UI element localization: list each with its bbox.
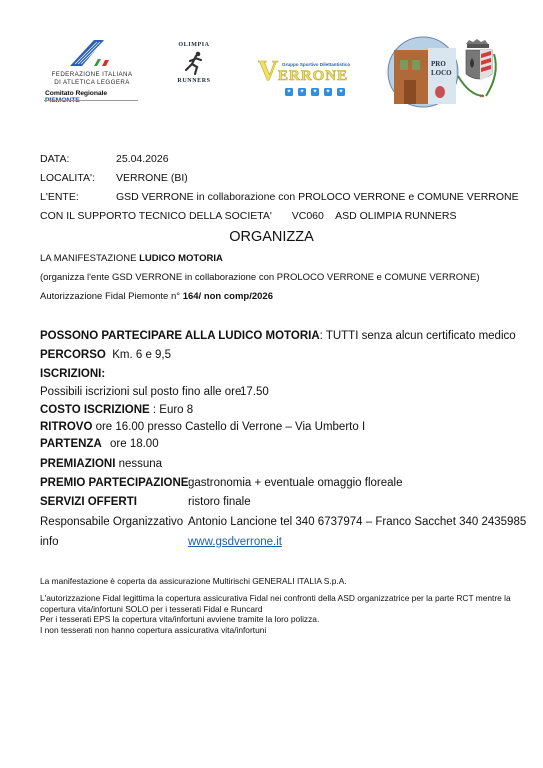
footer-line-1: L'autorizzazione Fidal legittima la cope… [40, 593, 511, 604]
participants-value: : TUTTI senza alcun certificato medico [320, 330, 516, 342]
cost-label: COSTO ISCRIZIONE [40, 404, 150, 416]
meeting-line: RITROVO ore 16.00 presso Castello di Ver… [40, 421, 365, 433]
fidal-comitato: Comitato Regionale PIEMONTE [45, 90, 142, 104]
organizza-note: (organizza l'ente GSD VERRONE in collabo… [40, 272, 479, 283]
authorization-prefix: Autorizzazione Fidal Piemonte n° [40, 291, 183, 302]
manifestazione-type: LUDICO MOTORIA [139, 253, 223, 264]
footer-line-2: copertura vita/infortuni SOLO per i tess… [40, 604, 263, 615]
registration-heading: ISCRIZIONI: [40, 368, 105, 380]
fidal-divider [44, 100, 138, 101]
authorization-line: Autorizzazione Fidal Piemonte n° 164/ no… [40, 291, 273, 302]
cost-line: COSTO ISCRIZIONE : Euro 8 [40, 404, 193, 416]
gsd-verrone-logo: V Gruppo Sportivo Dilettantistico ERRONE… [256, 60, 356, 98]
route-label: PERCORSO [40, 349, 106, 361]
entity-label: L'ENTE: [40, 191, 79, 203]
registration-text: Possibili iscrizioni sul posto fino alle… [40, 386, 241, 398]
svg-text:✕: ✕ [479, 94, 484, 100]
jumper-icon: ✦ [311, 88, 319, 96]
route-value: Km. 6 e 9,5 [112, 349, 171, 361]
support-line: CON IL SUPPORTO TECNICO DELLA SOCIETA' V… [40, 210, 457, 222]
proloco-verrone-logo: PRO LOCO ✕ [386, 36, 526, 108]
route-line: PERCORSO Km. 6 e 9,5 [40, 349, 171, 361]
fidal-logo: FEDERAZIONE ITALIANA DI ATLETICA LEGGERA… [42, 38, 142, 102]
location-label: LOCALITA': [40, 172, 95, 184]
awards-line: PREMIAZIONI nessuna [40, 458, 162, 470]
verrone-v-letter: V [258, 56, 278, 88]
runner-icon [164, 50, 224, 76]
olimpia-top-text: OLIMPIA [164, 42, 224, 48]
manifestazione-prefix: LA MANIFESTAZIONE [40, 253, 139, 264]
awards-value: nessuna [115, 458, 162, 470]
prize-label: PREMIO PARTECIPAZIONE [40, 477, 188, 489]
organizer-value: Antonio Lancione tel 340 6737974 – Franc… [188, 516, 526, 528]
proloco-emblem-icon: PRO LOCO ✕ [386, 36, 526, 108]
svg-text:PRO: PRO [431, 60, 446, 68]
runner-icon: ✦ [285, 88, 293, 96]
support-code: VC060 [292, 210, 324, 222]
awards-label: PREMIAZIONI [40, 458, 115, 470]
cost-value: : Euro 8 [150, 404, 193, 416]
prize-value: gastronomia + eventuale omaggio floreale [188, 477, 403, 489]
start-label-text: PARTENZA [40, 438, 102, 450]
javelin-icon: ✦ [298, 88, 306, 96]
organizer-label: Responsabile Organizzativo [40, 516, 183, 528]
meeting-value: ore 16.00 presso Castello di Verrone – V… [92, 421, 365, 433]
date-value: 25.04.2026 [116, 153, 169, 165]
manifestazione-line: LA MANIFESTAZIONE LUDICO MOTORIA [40, 253, 223, 264]
services-value: ristoro finale [188, 496, 251, 508]
verrone-subtitle: Gruppo Sportivo Dilettantistico [282, 62, 350, 67]
olimpia-runners-logo: OLIMPIA RUNNERS [164, 42, 224, 86]
authorization-number: 164/ non comp/2026 [183, 291, 273, 302]
footer-line-4: I non tesserati non hanno copertura assi… [40, 625, 266, 636]
organizza-heading: ORGANIZZA [0, 229, 543, 245]
website-link[interactable]: www.gsdverrone.it [188, 536, 282, 548]
fidal-line1: FEDERAZIONE ITALIANA [42, 71, 142, 78]
start-value: ore 18.00 [110, 438, 159, 450]
walker-icon: ✦ [324, 88, 332, 96]
footer-line-3: Per i tesserati EPS la copertura vita/in… [40, 614, 319, 625]
fidal-comitato-label: Comitato Regionale [45, 90, 107, 97]
info-label: info [40, 536, 59, 548]
fidal-line2: DI ATLETICA LEGGERA [42, 79, 142, 86]
participants-label: POSSONO PARTECIPARE ALLA LUDICO MOTORIA [40, 330, 320, 342]
olimpia-bottom-text: RUNNERS [164, 78, 224, 84]
date-label: DATA: [40, 153, 69, 165]
fidal-emblem-icon [42, 38, 142, 68]
services-label: SERVIZI OFFERTI [40, 496, 137, 508]
svg-text:LOCO: LOCO [431, 69, 452, 77]
start-label: PARTENZA [40, 438, 102, 450]
meeting-label: RITROVO [40, 421, 92, 433]
entity-value: GSD VERRONE in collaborazione con PROLOC… [116, 191, 519, 203]
registration-time: 17.50 [240, 386, 269, 398]
support-club: ASD OLIMPIA RUNNERS [335, 210, 456, 222]
participants-line: POSSONO PARTECIPARE ALLA LUDICO MOTORIA:… [40, 330, 516, 342]
insurance-note: La manifestazione è coperta da assicuraz… [40, 576, 347, 587]
verrone-name: ERRONE [278, 68, 348, 85]
location-value: VERRONE (BI) [116, 172, 188, 184]
registration-label: ISCRIZIONI: [40, 368, 105, 380]
support-text: CON IL SUPPORTO TECNICO DELLA SOCIETA' [40, 210, 272, 222]
hurdler-icon: ✦ [337, 88, 345, 96]
